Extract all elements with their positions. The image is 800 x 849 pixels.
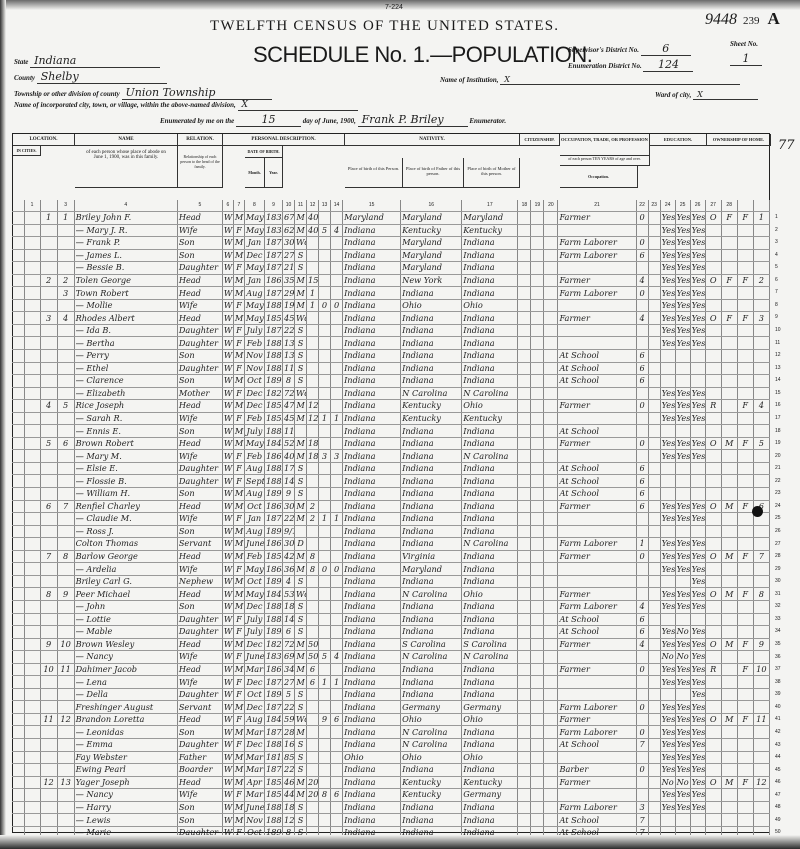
cell-mo (636, 299, 648, 312)
cell-read: Yes (660, 676, 675, 689)
cell-dwell (40, 287, 57, 300)
cell-rel: Son (177, 237, 222, 250)
cell-write (675, 575, 690, 588)
cell-mo: 0 (636, 764, 648, 777)
cell-marital: M (295, 676, 307, 689)
cell-name: — Harry (74, 801, 177, 814)
cell-read: Yes (660, 701, 675, 714)
cell-sched: 12 (753, 776, 769, 789)
cell-write: Yes (675, 738, 690, 751)
cell-mother (319, 249, 331, 262)
cell-fam (57, 488, 74, 501)
cell-school (648, 588, 660, 601)
cell-bm: Indiana (462, 337, 518, 350)
table-row: — LeonidasSonWMMar187228MIndianaN Caroli… (12, 726, 770, 739)
cell-sched (753, 362, 769, 375)
cell-mother (319, 425, 331, 438)
cell-marital: S (295, 462, 307, 475)
cell-marital: M (295, 651, 307, 664)
cell-fam (57, 600, 74, 613)
cell-eng: Yes (690, 237, 705, 250)
cell-mo: 6 (636, 375, 648, 388)
table-row: Colton ThomasServantWMJune186930DIndiana… (12, 538, 770, 551)
cell-age: 44 (282, 789, 294, 802)
cell-living (331, 400, 343, 413)
cell-month: Nov (244, 814, 264, 827)
cell-mother: 1 (319, 676, 331, 689)
cell-write: Yes (675, 324, 690, 337)
cell-occ: At School (558, 425, 636, 438)
cell-living (331, 575, 343, 588)
cell-empty (544, 224, 558, 237)
cell-farm (737, 488, 753, 501)
cell-bf: N Carolina (401, 726, 462, 739)
cell-yrs (307, 701, 319, 714)
cell-fam (57, 475, 74, 488)
cell-year: 1888 (264, 425, 282, 438)
cell-color: W (222, 362, 233, 375)
cell-age: 53 (282, 588, 294, 601)
cell-empty (24, 563, 40, 576)
cell-own (705, 287, 721, 300)
cell-marital: S (295, 362, 307, 375)
table-row: — JohnSonWMDec188118SIndianaIndianaIndia… (12, 600, 770, 613)
cell-empty (24, 789, 40, 802)
cell-mo: 0 (636, 437, 648, 450)
cell-line (12, 299, 24, 312)
cell-dwell (40, 262, 57, 275)
cell-color: W (222, 538, 233, 551)
cell-own (705, 224, 721, 237)
cell-free (721, 613, 737, 626)
cell-fam (57, 626, 74, 639)
cell-empty (24, 425, 40, 438)
cell-marital: M (295, 450, 307, 463)
cell-school (648, 676, 660, 689)
township-field: Township or other division of county Uni… (14, 86, 272, 100)
cell-rel: Son (177, 375, 222, 388)
line-number: 3 (775, 239, 778, 245)
cell-empty (24, 375, 40, 388)
cell-year: 1885 (264, 613, 282, 626)
cell-bm: Indiana (462, 500, 518, 513)
cell-empty (531, 613, 544, 626)
cell-yrs (307, 462, 319, 475)
cell-sex: M (233, 500, 244, 513)
cell-read: Yes (660, 312, 675, 325)
cell-empty (544, 400, 558, 413)
cell-bf: Indiana (401, 801, 462, 814)
cell-rel: Wife (177, 299, 222, 312)
cell-rel: Daughter (177, 262, 222, 275)
cell-empty (518, 400, 531, 413)
column-number: 22 (636, 200, 648, 212)
cell-marital: D (295, 538, 307, 551)
cell-mo (636, 776, 648, 789)
cell-year: 1887 (264, 337, 282, 350)
cell-yrs: 2 (307, 513, 319, 526)
table-row: — LenaWifeWFDec187227M611IndianaIndianaI… (12, 676, 770, 689)
column-number: 15 (343, 200, 401, 212)
cell-sex: M (233, 575, 244, 588)
cell-eng: Yes (690, 638, 705, 651)
cell-month: Oct (244, 375, 264, 388)
cell-write (675, 814, 690, 827)
cell-own: R (705, 663, 721, 676)
sheet-label: Sheet No. (730, 40, 762, 48)
header-date-of-birth: DATE OF BIRTH. (245, 146, 283, 158)
cell-sched (753, 387, 769, 400)
cell-school (648, 224, 660, 237)
cell-eng: Yes (690, 776, 705, 789)
cell-line (12, 563, 24, 576)
cell-mo: 0 (636, 287, 648, 300)
table-row: — NancyWifeWFJune183069M5054IndianaN Car… (12, 651, 770, 664)
cell-sex: F (233, 688, 244, 701)
cell-own (705, 412, 721, 425)
cell-mother (319, 500, 331, 513)
cell-dwell (40, 375, 57, 388)
cell-occ: Farm Laborer (558, 726, 636, 739)
cell-eng: Yes (690, 400, 705, 413)
cell-write: Yes (675, 726, 690, 739)
cell-bp: Indiana (343, 262, 401, 275)
cell-month: May (244, 262, 264, 275)
cell-own (705, 688, 721, 701)
cell-school (648, 425, 660, 438)
cell-bp: Indiana (343, 299, 401, 312)
cell-sched: 4 (753, 400, 769, 413)
cell-line (12, 400, 24, 413)
cell-read: Yes (660, 663, 675, 676)
table-row: — HarrySonWMJune188118SIndianaIndianaInd… (12, 801, 770, 814)
cell-color: W (222, 312, 233, 325)
cell-own (705, 651, 721, 664)
cell-sched (753, 249, 769, 262)
cell-bp: Indiana (343, 651, 401, 664)
cell-bm: N Carolina (462, 450, 518, 463)
cell-write: Yes (675, 274, 690, 287)
cell-bf: Indiana (401, 362, 462, 375)
institution-label: Name of Institution, (440, 76, 499, 84)
cell-write: Yes (675, 249, 690, 262)
cell-fam: 2 (57, 274, 74, 287)
table-row: 1213Yager JosephHeadWMApr185346M20Indian… (12, 776, 770, 789)
cell-age: 27 (282, 676, 294, 689)
cell-empty (544, 814, 558, 827)
cell-empty (544, 362, 558, 375)
cell-read: Yes (660, 764, 675, 777)
cell-sched (753, 538, 769, 551)
cell-write: Yes (675, 312, 690, 325)
cell-living (331, 312, 343, 325)
cell-own (705, 801, 721, 814)
cell-own: O (705, 212, 721, 225)
cell-marital: M (295, 287, 307, 300)
enumerated-field: Enumerated by me on the 15 day of June, … (160, 113, 506, 127)
cell-marital: M (295, 400, 307, 413)
cell-name: — Lewis (74, 814, 177, 827)
cell-bp: Indiana (343, 387, 401, 400)
cell-bf: Indiana (401, 337, 462, 350)
cell-occ: At School (558, 475, 636, 488)
cell-dwell (40, 387, 57, 400)
cell-month: May (244, 299, 264, 312)
cell-bp: Indiana (343, 726, 401, 739)
cell-farm (737, 337, 753, 350)
line-number: 1 (775, 214, 778, 220)
cell-living: 4 (331, 651, 343, 664)
header-occupation-col: Occupation. (560, 166, 638, 188)
state-value: Indiana (30, 54, 160, 68)
cell-sched (753, 299, 769, 312)
cell-name: — Della (74, 688, 177, 701)
cell-dwell (40, 613, 57, 626)
cell-read: Yes (660, 450, 675, 463)
cell-mother (319, 550, 331, 563)
cell-name: — William H. (74, 488, 177, 501)
cell-color: W (222, 425, 233, 438)
line-number: 24 (775, 503, 781, 509)
cell-bm: Indiana (462, 425, 518, 438)
cell-bm: Ohio (462, 299, 518, 312)
cell-own: R (705, 400, 721, 413)
cell-sex: F (233, 676, 244, 689)
column-number: 13 (319, 200, 331, 212)
cell-fam: 13 (57, 776, 74, 789)
cell-name: Briley John F. (74, 212, 177, 225)
column-number: 27 (705, 200, 721, 212)
cell-bm: Indiana (462, 764, 518, 777)
header-in-cities: IN CITIES. (13, 146, 41, 156)
cell-bf: Kentucky (401, 224, 462, 237)
cell-name: Brandon Loretta (74, 713, 177, 726)
scan-shadow-bottom (0, 835, 800, 849)
cell-bm: Indiana (462, 613, 518, 626)
cell-color: W (222, 814, 233, 827)
cell-farm: F (737, 663, 753, 676)
cell-empty (544, 287, 558, 300)
cell-fam (57, 387, 74, 400)
cell-free (721, 525, 737, 538)
cell-mo: 6 (636, 462, 648, 475)
cell-bm: Indiana (462, 626, 518, 639)
cell-bp: Indiana (343, 563, 401, 576)
cell-mother (319, 613, 331, 626)
cell-dwell (40, 688, 57, 701)
line-number: 31 (775, 591, 781, 597)
line-number: 40 (775, 704, 781, 710)
cell-line (12, 437, 24, 450)
cell-free: F (721, 312, 737, 325)
cell-color: W (222, 249, 233, 262)
cell-farm (737, 626, 753, 639)
cell-own: O (705, 588, 721, 601)
cell-name: — Elizabeth (74, 387, 177, 400)
cell-empty (24, 651, 40, 664)
table-row: 910Brown WesleyHeadWMDec182772M50Indiana… (12, 638, 770, 651)
cell-sched (753, 324, 769, 337)
cell-yrs (307, 713, 319, 726)
cell-empty (518, 688, 531, 701)
cell-living (331, 262, 343, 275)
column-number: 5 (177, 200, 222, 212)
cell-sched (753, 701, 769, 714)
line-number: 14 (775, 377, 781, 383)
cell-school (648, 237, 660, 250)
cell-occ: At School (558, 362, 636, 375)
cell-empty (544, 789, 558, 802)
cell-occ: At School (558, 613, 636, 626)
cell-school (648, 688, 660, 701)
cell-mother (319, 387, 331, 400)
cell-color: W (222, 500, 233, 513)
cell-color: W (222, 400, 233, 413)
cell-year: 1895 (264, 575, 282, 588)
cell-marital: S (295, 375, 307, 388)
cell-empty (24, 362, 40, 375)
cell-yrs (307, 337, 319, 350)
cell-age: 12 (282, 814, 294, 827)
cell-dwell (40, 751, 57, 764)
cell-yrs (307, 488, 319, 501)
column-number: 16 (401, 200, 462, 212)
cell-write: Yes (675, 751, 690, 764)
cell-empty (24, 600, 40, 613)
cell-empty (518, 437, 531, 450)
table-row: — NancyWifeWFMar185644M2086IndianaKentuc… (12, 789, 770, 802)
cell-school (648, 701, 660, 714)
cell-empty (544, 550, 558, 563)
cell-occ: Farm Laborer (558, 287, 636, 300)
cell-rel: Daughter (177, 337, 222, 350)
cell-empty (24, 262, 40, 275)
cell-line (12, 538, 24, 551)
cell-bp: Indiana (343, 249, 401, 262)
cell-empty (544, 751, 558, 764)
cell-year: 1885 (264, 475, 282, 488)
cell-yrs: 40 (307, 212, 319, 225)
cell-fam (57, 613, 74, 626)
cell-month: Dec (244, 638, 264, 651)
cell-dwell (40, 224, 57, 237)
cell-mother (319, 638, 331, 651)
cell-sched (753, 600, 769, 613)
cell-read (660, 814, 675, 827)
cell-read (660, 488, 675, 501)
ward-value: X (693, 90, 758, 100)
cell-eng: Yes (690, 249, 705, 262)
cell-year: 1899 (264, 525, 282, 538)
cell-line (12, 350, 24, 363)
cell-mother (319, 237, 331, 250)
cell-fam: 3 (57, 287, 74, 300)
cell-rel: Mother (177, 387, 222, 400)
cell-free (721, 563, 737, 576)
cell-rel: Son (177, 801, 222, 814)
cell-mother (319, 626, 331, 639)
line-number: 46 (775, 779, 781, 785)
cell-empty (531, 337, 544, 350)
cell-school (648, 814, 660, 827)
cell-empty (531, 287, 544, 300)
cell-sched (753, 688, 769, 701)
cell-age: 28 (282, 726, 294, 739)
cell-age: 62 (282, 224, 294, 237)
cell-empty (531, 538, 544, 551)
cell-age: 4 (282, 575, 294, 588)
cell-bm: Ohio (462, 588, 518, 601)
cell-eng: Yes (690, 688, 705, 701)
cell-school (648, 212, 660, 225)
cell-dwell: 8 (40, 588, 57, 601)
cell-rel: Son (177, 726, 222, 739)
cell-line (12, 212, 24, 225)
cell-fam (57, 801, 74, 814)
cell-own (705, 513, 721, 526)
column-number: 25 (675, 200, 690, 212)
cell-rel: Head (177, 274, 222, 287)
cell-marital: S (295, 701, 307, 714)
cell-dwell (40, 462, 57, 475)
cell-sex: M (233, 237, 244, 250)
cell-yrs: 20 (307, 789, 319, 802)
cell-bm: N Carolina (462, 387, 518, 400)
cell-school (648, 525, 660, 538)
cell-free (721, 600, 737, 613)
cell-dwell: 12 (40, 776, 57, 789)
cell-living (331, 588, 343, 601)
cell-empty (24, 337, 40, 350)
cell-mother (319, 287, 331, 300)
cell-school (648, 488, 660, 501)
cell-age: 8 (282, 375, 294, 388)
cell-empty (531, 412, 544, 425)
cell-fam (57, 462, 74, 475)
cell-empty (518, 262, 531, 275)
cell-empty (544, 676, 558, 689)
state-field: State Indiana (14, 54, 160, 68)
cell-sex: M (233, 751, 244, 764)
cell-empty (531, 425, 544, 438)
cell-write (675, 525, 690, 538)
line-number: 10 (775, 327, 781, 333)
cell-rel: Head (177, 713, 222, 726)
cell-read: Yes (660, 274, 675, 287)
cell-bf: N Carolina (401, 387, 462, 400)
cell-yrs: 18 (307, 437, 319, 450)
cell-age: 34 (282, 663, 294, 676)
cell-empty (518, 764, 531, 777)
cell-mo (636, 676, 648, 689)
cell-dwell (40, 362, 57, 375)
cell-occ (558, 688, 636, 701)
cell-fam (57, 324, 74, 337)
cell-empty (24, 588, 40, 601)
cell-empty (531, 274, 544, 287)
cell-mother (319, 575, 331, 588)
table-body: 1345678910111213141516171819202122232425… (12, 200, 770, 839)
cell-write: Yes (675, 262, 690, 275)
cell-own (705, 324, 721, 337)
cell-occ: Farmer (558, 638, 636, 651)
cell-bm: Indiana (462, 814, 518, 827)
cell-age: 22 (282, 513, 294, 526)
cell-month: Dec (244, 600, 264, 613)
cell-bm: Indiana (462, 525, 518, 538)
cell-dwell (40, 738, 57, 751)
enumerator-label: Enumerator. (469, 117, 506, 125)
